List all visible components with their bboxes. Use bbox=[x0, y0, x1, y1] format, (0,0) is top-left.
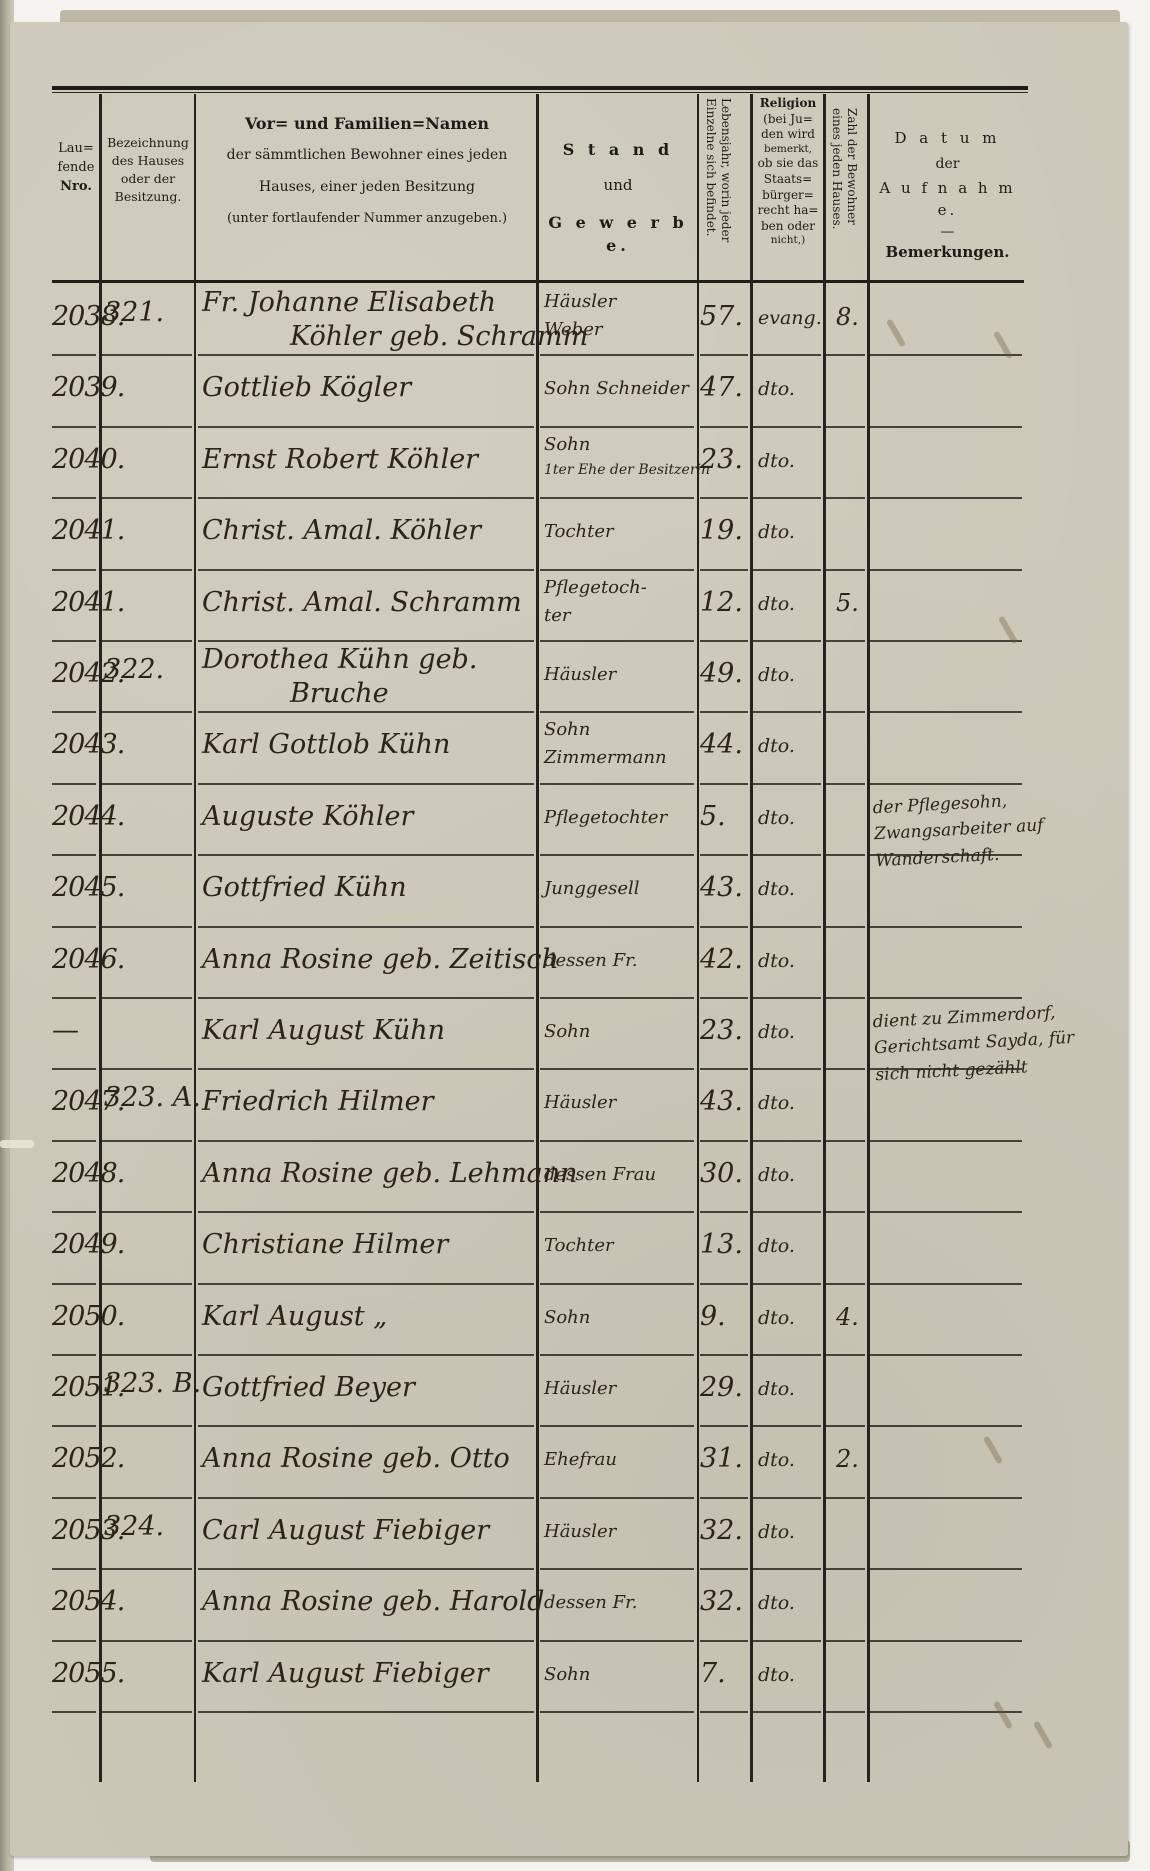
row-number: 2048. bbox=[52, 1158, 124, 1189]
row-rule bbox=[52, 854, 96, 856]
religion: dto. bbox=[758, 1521, 795, 1543]
row-rule bbox=[700, 926, 748, 928]
occupation: dessen Fr. bbox=[544, 1592, 637, 1613]
row-rule bbox=[52, 1640, 96, 1642]
row-rule bbox=[826, 997, 865, 999]
religion: dto. bbox=[758, 450, 795, 472]
row-rule bbox=[102, 497, 192, 499]
row-rule bbox=[753, 1640, 821, 1642]
row-rule bbox=[753, 426, 821, 428]
header-names-title: Vor= und Familien=Namen bbox=[198, 112, 536, 135]
age: 44. bbox=[700, 729, 743, 760]
resident-name: Carl August Fiebiger bbox=[202, 1515, 489, 1546]
occupation: Häusler bbox=[544, 1521, 616, 1542]
header-col-count: Zahl der Bewohner eines jeden Hauses. bbox=[829, 108, 859, 268]
row-rule bbox=[870, 1211, 1022, 1213]
row-rule bbox=[102, 1568, 192, 1570]
religion: dto. bbox=[758, 1592, 795, 1614]
religion: dto. bbox=[758, 878, 795, 900]
header-names-line2: Hauses, einer jeden Besitzung bbox=[198, 177, 536, 197]
resident-name: Karl August Kühn bbox=[202, 1015, 445, 1046]
row-rule bbox=[826, 354, 865, 356]
religion: dto. bbox=[758, 1092, 795, 1114]
top-double-rule bbox=[52, 86, 1028, 90]
row-rule bbox=[700, 1354, 748, 1356]
house-number: 322. bbox=[104, 654, 164, 685]
age: 57. bbox=[700, 301, 743, 332]
age: 12. bbox=[700, 587, 743, 618]
row-rule bbox=[52, 783, 96, 785]
row-rule bbox=[826, 1640, 865, 1642]
row-rule bbox=[198, 783, 534, 785]
row-rule bbox=[52, 1354, 96, 1356]
row-rule bbox=[198, 997, 534, 999]
row-rule bbox=[753, 1568, 821, 1570]
occupation: Pflegetoch- bbox=[544, 577, 647, 598]
header-religion-line7: bürger= bbox=[752, 188, 824, 204]
header-date-dash: — bbox=[870, 222, 1025, 242]
header-count-line2: eines jeden Hauses. bbox=[829, 108, 844, 268]
row-rule bbox=[52, 997, 96, 999]
religion: dto. bbox=[758, 950, 795, 972]
row-rule bbox=[540, 1140, 694, 1142]
religion: dto. bbox=[758, 1664, 795, 1686]
occupation: Junggesell bbox=[544, 878, 640, 899]
house-number: 323. B. bbox=[104, 1368, 201, 1399]
row-rule bbox=[52, 1283, 96, 1285]
age: 5. bbox=[700, 801, 726, 832]
header-stand-line3: G e w e r b e. bbox=[538, 211, 698, 257]
row-rule bbox=[700, 497, 748, 499]
row-rule bbox=[102, 997, 192, 999]
religion: dto. bbox=[758, 1449, 795, 1471]
row-rule bbox=[826, 926, 865, 928]
age: 49. bbox=[700, 658, 743, 689]
row-rule bbox=[102, 426, 192, 428]
row-number: 2039. bbox=[52, 372, 124, 403]
household-count: 2. bbox=[836, 1445, 859, 1473]
row-rule bbox=[753, 569, 821, 571]
resident-name: Anna Rosine geb. Otto bbox=[202, 1443, 510, 1474]
row-rule bbox=[826, 1068, 865, 1070]
age: 31. bbox=[700, 1443, 743, 1474]
row-rule bbox=[540, 711, 694, 713]
row-rule bbox=[700, 426, 748, 428]
occupation: Häusler bbox=[544, 1378, 616, 1399]
row-rule bbox=[700, 1711, 748, 1713]
row-rule bbox=[870, 1568, 1022, 1570]
age: 29. bbox=[700, 1372, 743, 1403]
row-rule bbox=[870, 426, 1022, 428]
row-rule bbox=[826, 569, 865, 571]
row-rule bbox=[700, 854, 748, 856]
row-rule bbox=[102, 1354, 192, 1356]
row-rule bbox=[52, 1425, 96, 1427]
row-number: 2040. bbox=[52, 444, 124, 475]
age: 43. bbox=[700, 872, 743, 903]
row-number: 2049. bbox=[52, 1229, 124, 1260]
column-divider-house bbox=[194, 94, 196, 1782]
religion: dto. bbox=[758, 664, 795, 686]
header-house-line4: Besitzung. bbox=[100, 188, 196, 206]
row-rule bbox=[102, 1140, 192, 1142]
row-rule bbox=[753, 926, 821, 928]
row-rule bbox=[102, 640, 192, 642]
row-number: 2052. bbox=[52, 1443, 124, 1474]
header-religion-line2: (bei Ju= bbox=[752, 112, 824, 128]
row-rule bbox=[753, 1711, 821, 1713]
row-rule bbox=[198, 1568, 534, 1570]
header-col-names: Vor= und Familien=Namen der sämmtlichen … bbox=[198, 112, 536, 229]
header-religion-line1: Religion bbox=[752, 96, 824, 112]
row-rule bbox=[540, 569, 694, 571]
religion: dto. bbox=[758, 807, 795, 829]
row-rule bbox=[198, 426, 534, 428]
row-rule bbox=[826, 640, 865, 642]
occupation: Sohn bbox=[544, 1664, 590, 1685]
row-number: 2046. bbox=[52, 944, 124, 975]
row-number: 2050. bbox=[52, 1301, 124, 1332]
row-rule bbox=[198, 640, 534, 642]
header-age-line2: Einzelne sich befindet. bbox=[703, 98, 718, 276]
row-rule bbox=[753, 1497, 821, 1499]
row-rule bbox=[753, 1068, 821, 1070]
row-rule bbox=[540, 1211, 694, 1213]
age: 7. bbox=[700, 1658, 726, 1689]
resident-name: Anna Rosine geb. Harold bbox=[202, 1586, 544, 1617]
binding-thread bbox=[0, 1140, 34, 1148]
row-rule bbox=[753, 854, 821, 856]
row-rule bbox=[540, 1640, 694, 1642]
row-rule bbox=[102, 1640, 192, 1642]
row-rule bbox=[700, 640, 748, 642]
row-rule bbox=[826, 783, 865, 785]
occupation-continued: 1ter Ehe der Besitzerin bbox=[544, 462, 710, 478]
row-rule bbox=[700, 1283, 748, 1285]
row-rule bbox=[198, 854, 534, 856]
resident-name: Gottlieb Kögler bbox=[202, 372, 411, 403]
row-rule bbox=[198, 926, 534, 928]
row-rule bbox=[753, 640, 821, 642]
row-rule bbox=[52, 711, 96, 713]
occupation: Häusler bbox=[544, 291, 616, 312]
row-rule bbox=[198, 1283, 534, 1285]
religion: dto. bbox=[758, 521, 795, 543]
row-rule bbox=[753, 1425, 821, 1427]
row-rule bbox=[198, 1068, 534, 1070]
row-rule bbox=[540, 854, 694, 856]
age: 30. bbox=[700, 1158, 743, 1189]
header-nr-line1: Lau= bbox=[52, 140, 100, 159]
row-rule bbox=[826, 426, 865, 428]
row-rule bbox=[198, 1140, 534, 1142]
row-rule bbox=[102, 1283, 192, 1285]
header-col-age: Lebensjahr, worin jeder Einzelne sich be… bbox=[703, 98, 733, 276]
row-rule bbox=[198, 1425, 534, 1427]
row-rule bbox=[198, 354, 534, 356]
header-date-line3: A u f n a h m e. bbox=[870, 178, 1025, 222]
row-rule bbox=[870, 1640, 1022, 1642]
row-rule bbox=[826, 497, 865, 499]
row-rule bbox=[52, 426, 96, 428]
row-rule bbox=[52, 1068, 96, 1070]
row-rule bbox=[198, 1354, 534, 1356]
row-rule bbox=[540, 1425, 694, 1427]
header-religion-line8: recht ha= bbox=[752, 203, 824, 219]
row-rule bbox=[198, 1211, 534, 1213]
row-rule bbox=[700, 1640, 748, 1642]
row-rule bbox=[700, 1497, 748, 1499]
row-rule bbox=[540, 497, 694, 499]
row-rule bbox=[870, 1425, 1022, 1427]
religion: dto. bbox=[758, 593, 795, 615]
age: 13. bbox=[700, 1229, 743, 1260]
row-rule bbox=[753, 1283, 821, 1285]
age: 23. bbox=[700, 1015, 743, 1046]
row-rule bbox=[102, 1425, 192, 1427]
age: 43. bbox=[700, 1086, 743, 1117]
header-names-line3: (unter fortlaufender Nummer anzugeben.) bbox=[198, 210, 536, 229]
occupation: Sohn bbox=[544, 719, 590, 740]
row-rule bbox=[540, 354, 694, 356]
religion: dto. bbox=[758, 1021, 795, 1043]
row-rule bbox=[52, 1140, 96, 1142]
row-rule bbox=[700, 354, 748, 356]
header-age-line1: Lebensjahr, worin jeder bbox=[718, 98, 733, 276]
row-rule bbox=[753, 1211, 821, 1213]
row-rule bbox=[540, 997, 694, 999]
header-nr-line3: Nro. bbox=[52, 178, 100, 197]
resident-name: Dorothea Kühn geb. bbox=[202, 644, 477, 675]
row-rule bbox=[826, 1211, 865, 1213]
row-rule bbox=[753, 711, 821, 713]
header-house-line1: Bezeichnung bbox=[100, 134, 196, 152]
occupation: dessen Frau bbox=[544, 1164, 656, 1185]
row-rule bbox=[198, 711, 534, 713]
row-number: — bbox=[52, 1015, 78, 1046]
religion: evang. bbox=[758, 307, 822, 329]
row-rule bbox=[102, 1711, 192, 1713]
occupation-continued: Weber bbox=[544, 319, 602, 340]
row-rule bbox=[870, 926, 1022, 928]
row-rule bbox=[870, 997, 1022, 999]
row-rule bbox=[52, 1497, 96, 1499]
row-number: 2045. bbox=[52, 872, 124, 903]
row-rule bbox=[700, 1068, 748, 1070]
age: 47. bbox=[700, 372, 743, 403]
occupation: Tochter bbox=[544, 521, 614, 542]
resident-name: Anna Rosine geb. Lehmann bbox=[202, 1158, 577, 1189]
row-rule bbox=[753, 997, 821, 999]
row-rule bbox=[826, 1711, 865, 1713]
row-rule bbox=[700, 711, 748, 713]
row-rule bbox=[700, 1568, 748, 1570]
resident-name: Christiane Hilmer bbox=[202, 1229, 448, 1260]
row-rule bbox=[102, 783, 192, 785]
house-number: 324. bbox=[104, 1511, 164, 1542]
religion: dto. bbox=[758, 735, 795, 757]
row-number: 2041. bbox=[52, 587, 124, 618]
row-rule bbox=[540, 1283, 694, 1285]
row-number: 2044. bbox=[52, 801, 124, 832]
row-rule bbox=[700, 569, 748, 571]
age: 32. bbox=[700, 1515, 743, 1546]
row-rule bbox=[753, 783, 821, 785]
row-rule bbox=[102, 926, 192, 928]
age: 23. bbox=[700, 444, 743, 475]
religion: dto. bbox=[758, 378, 795, 400]
occupation: Häusler bbox=[544, 664, 616, 685]
row-rule bbox=[540, 1711, 694, 1713]
row-number: 2055. bbox=[52, 1658, 124, 1689]
age: 19. bbox=[700, 515, 743, 546]
row-rule bbox=[102, 711, 192, 713]
row-rule bbox=[52, 354, 96, 356]
row-rule bbox=[870, 783, 1022, 785]
row-rule bbox=[870, 497, 1022, 499]
resident-name: Christ. Amal. Schramm bbox=[202, 587, 522, 618]
resident-name: Karl August „ bbox=[202, 1301, 387, 1332]
row-rule bbox=[540, 1497, 694, 1499]
row-rule bbox=[826, 1425, 865, 1427]
remark-note: der Pflegesohn, Zwangsarbeiter auf Wande… bbox=[872, 783, 1116, 874]
header-col-stand: S t a n d und G e w e r b e. bbox=[538, 138, 698, 257]
resident-name: Gottfried Beyer bbox=[202, 1372, 415, 1403]
occupation: Sohn bbox=[544, 434, 590, 455]
occupation: Sohn bbox=[544, 1021, 590, 1042]
remark-note: dient zu Zimmerdorf, Gerichtsamt Sayda, … bbox=[872, 997, 1116, 1088]
row-rule bbox=[102, 354, 192, 356]
row-rule bbox=[540, 926, 694, 928]
header-house-line2: des Hauses bbox=[100, 152, 196, 170]
header-religion-line4: bemerkt, bbox=[752, 143, 824, 157]
occupation: Pflegetochter bbox=[544, 807, 667, 828]
row-rule bbox=[52, 497, 96, 499]
row-rule bbox=[870, 1354, 1022, 1356]
row-number: 2041. bbox=[52, 515, 124, 546]
row-rule bbox=[540, 1568, 694, 1570]
header-religion-line3: den wird bbox=[752, 127, 824, 143]
row-rule bbox=[52, 640, 96, 642]
row-rule bbox=[52, 569, 96, 571]
row-rule bbox=[540, 426, 694, 428]
household-count: 4. bbox=[836, 1303, 859, 1331]
occupation: Tochter bbox=[544, 1235, 614, 1256]
religion: dto. bbox=[758, 1235, 795, 1257]
religion: dto. bbox=[758, 1307, 795, 1329]
row-rule bbox=[753, 1140, 821, 1142]
header-house-line3: oder der bbox=[100, 170, 196, 188]
header-religion-line10: nicht,) bbox=[752, 234, 824, 248]
row-rule bbox=[540, 1068, 694, 1070]
resident-name: Anna Rosine geb. Zeitisch bbox=[202, 944, 559, 975]
header-date-line1: D a t u m bbox=[870, 128, 1025, 150]
row-rule bbox=[826, 1497, 865, 1499]
row-rule bbox=[753, 1354, 821, 1356]
row-rule bbox=[102, 854, 192, 856]
resident-name: Karl August Fiebiger bbox=[202, 1658, 489, 1689]
header-col-nr: Lau= fende Nro. bbox=[52, 140, 100, 197]
row-rule bbox=[753, 497, 821, 499]
header-nr-line2: fende bbox=[52, 159, 100, 178]
row-rule bbox=[826, 1283, 865, 1285]
row-rule bbox=[870, 1140, 1022, 1142]
row-rule bbox=[870, 1497, 1022, 1499]
resident-name: Ernst Robert Köhler bbox=[202, 444, 478, 475]
row-rule bbox=[102, 1497, 192, 1499]
row-number: 2054. bbox=[52, 1586, 124, 1617]
row-rule bbox=[700, 1140, 748, 1142]
header-religion-line5: ob sie das bbox=[752, 156, 824, 172]
row-rule bbox=[102, 569, 192, 571]
row-rule bbox=[52, 926, 96, 928]
row-rule bbox=[52, 1711, 96, 1713]
resident-name: Friedrich Hilmer bbox=[202, 1086, 433, 1117]
row-rule bbox=[826, 1354, 865, 1356]
household-count: 8. bbox=[836, 303, 859, 331]
resident-name: Christ. Amal. Köhler bbox=[202, 515, 481, 546]
row-rule bbox=[826, 1568, 865, 1570]
occupation-continued: ter bbox=[544, 605, 571, 626]
row-rule bbox=[870, 1283, 1022, 1285]
row-rule bbox=[540, 640, 694, 642]
row-rule bbox=[870, 711, 1022, 713]
header-religion-line6: Staats= bbox=[752, 172, 824, 188]
row-rule bbox=[700, 997, 748, 999]
occupation: Ehefrau bbox=[544, 1449, 617, 1470]
occupation: Häusler bbox=[544, 1092, 616, 1113]
row-rule bbox=[870, 640, 1022, 642]
row-rule bbox=[52, 1568, 96, 1570]
header-religion-line9: ben oder bbox=[752, 219, 824, 235]
row-rule bbox=[198, 1640, 534, 1642]
row-rule bbox=[102, 1068, 192, 1070]
row-rule bbox=[700, 783, 748, 785]
column-divider-count bbox=[867, 94, 870, 1782]
occupation-continued: Zimmermann bbox=[544, 747, 667, 768]
house-number: 323. A. bbox=[104, 1082, 201, 1113]
age: 32. bbox=[700, 1586, 743, 1617]
resident-name: Auguste Köhler bbox=[202, 801, 413, 832]
row-rule bbox=[870, 354, 1022, 356]
occupation: Sohn bbox=[544, 1307, 590, 1328]
header-date-line4: Bemerkungen. bbox=[870, 242, 1025, 264]
row-rule bbox=[753, 354, 821, 356]
row-rule bbox=[198, 497, 534, 499]
religion: dto. bbox=[758, 1164, 795, 1186]
resident-name: Fr. Johanne Elisabeth bbox=[202, 287, 496, 318]
row-number: 2043. bbox=[52, 729, 124, 760]
house-number: 321. bbox=[104, 297, 164, 328]
row-rule bbox=[700, 1425, 748, 1427]
household-count: 5. bbox=[836, 589, 859, 617]
header-count-line1: Zahl der Bewohner bbox=[844, 108, 859, 268]
row-rule bbox=[870, 569, 1022, 571]
resident-name-continued: Bruche bbox=[290, 678, 389, 709]
column-divider-stand bbox=[697, 94, 699, 1782]
header-col-house: Bezeichnung des Hauses oder der Besitzun… bbox=[100, 134, 196, 207]
row-rule bbox=[540, 783, 694, 785]
row-rule bbox=[102, 1211, 192, 1213]
row-rule bbox=[826, 1140, 865, 1142]
row-rule bbox=[198, 1711, 534, 1713]
occupation: Sohn Schneider bbox=[544, 378, 689, 399]
age: 9. bbox=[700, 1301, 726, 1332]
resident-name: Karl Gottlob Kühn bbox=[202, 729, 450, 760]
column-divider-age bbox=[750, 94, 753, 1782]
row-rule bbox=[826, 711, 865, 713]
row-rule bbox=[540, 1354, 694, 1356]
